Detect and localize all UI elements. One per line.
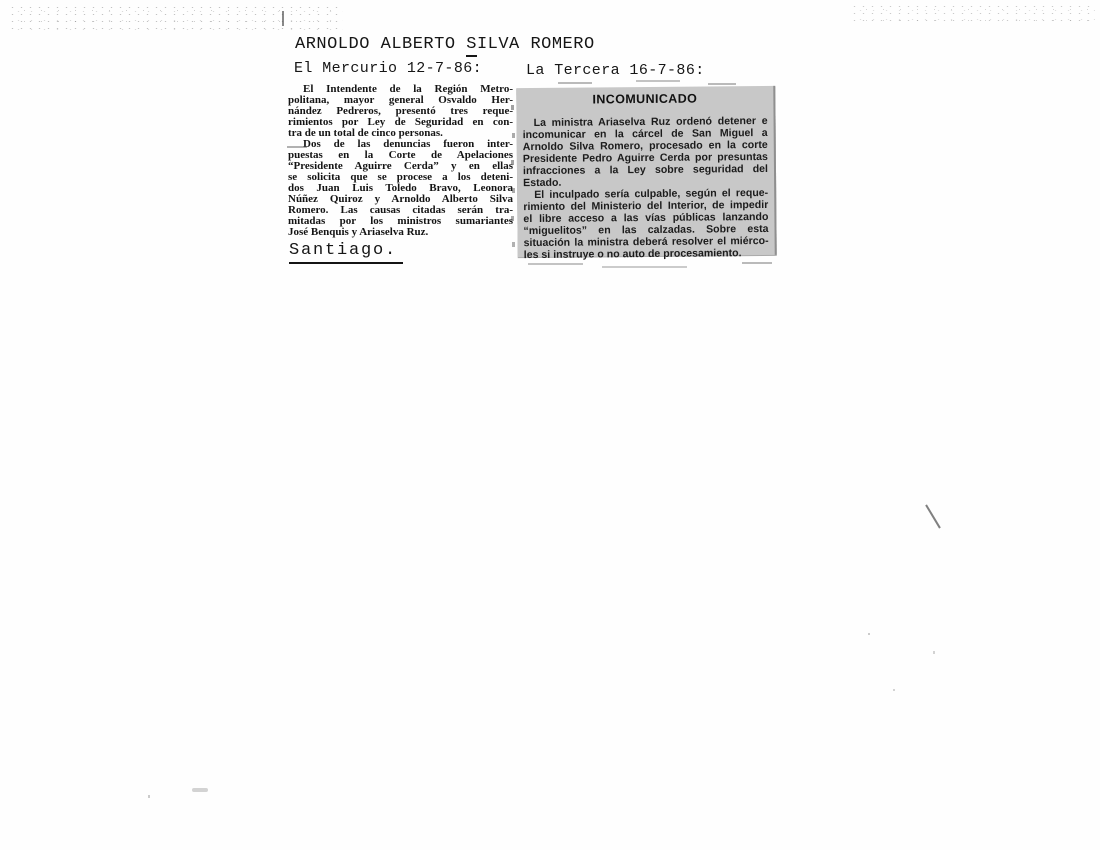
clipping-line: politana, mayor general Osvaldo Her- <box>288 95 513 106</box>
scan-speck <box>192 788 208 792</box>
clipping-line: dos Juan Luis Toledo Bravo, Leonora <box>288 183 513 194</box>
clipping-body: La ministra Ariaselva Ruz ordenó detener… <box>517 115 775 261</box>
clipping-edge-dash <box>511 105 514 110</box>
clipping-edge-dash <box>558 82 592 84</box>
page-title: ARNOLDO ALBERTO SILVA ROMERO <box>295 35 595 54</box>
el-mercurio-clipping: El Intendente de la Región Metro-politan… <box>288 84 513 238</box>
clipping-edge-dash <box>636 80 680 82</box>
clipping-line: Núñez Quiroz y Arnoldo Alberto Silva <box>288 194 513 205</box>
clipping-line: rimientos por Ley de Seguridad en con- <box>288 117 513 128</box>
clipping-headline: INCOMUNICADO <box>516 91 773 107</box>
scan-speck <box>893 689 895 691</box>
clipping-edge-dash <box>602 266 687 268</box>
clipping-line: José Benquis y Ariaselva Ruz. <box>288 227 513 238</box>
clipping-line: Dos de las denuncias fueron inter- <box>288 139 513 150</box>
scan-speck <box>148 795 150 798</box>
clipping-line: nández Pedreros, presentó tres reque- <box>288 106 513 117</box>
clipping-edge-dash <box>528 263 583 265</box>
clipping-line: “Presidente Aguirre Cerda” y en ellas <box>288 161 513 172</box>
clipping-line: les si instruye o no auto de procesamien… <box>524 247 769 261</box>
scan-tick-mark <box>282 11 284 26</box>
clipping-paragraph: El Intendente de la Región Metro-politan… <box>288 84 513 139</box>
clipping-line: Romero. Las causas citadas serán tra- <box>288 205 513 216</box>
clipping-edge-dash <box>512 133 515 138</box>
clipping-edge-dash <box>511 216 514 221</box>
page-title-part1: ARNOLDO ALBERTO <box>295 35 466 54</box>
clipping-paragraph: El inculpado sería culpable, según el re… <box>523 187 769 261</box>
clipping-paragraph: Dos de las denuncias fueron inter-puesta… <box>288 139 513 238</box>
clipping-line: infracciones a la Ley sobre seguridad de… <box>523 163 768 177</box>
scan-speck <box>933 651 935 654</box>
source-label-el-mercurio: El Mercurio 12-7-86: <box>294 60 482 77</box>
scan-smudge-line <box>287 146 307 148</box>
scan-noise-top-right <box>850 3 1095 27</box>
page-title-underlined-letter: S <box>466 35 477 57</box>
scan-noise-top-left <box>8 4 343 32</box>
clipping-line: tra de un total de cinco personas. <box>288 128 513 139</box>
clipping-line: puestas en la Corte de Apelaciones <box>288 150 513 161</box>
source-label-la-tercera: La Tercera 16-7-86: <box>526 62 705 79</box>
clipping-edge-dash <box>512 242 515 247</box>
clipping-line: se solicita que se procese a los deteni- <box>288 172 513 183</box>
clipping-line: El Intendente de la Región Metro- <box>288 84 513 95</box>
clipping-line: mitadas por los ministros sumariantes <box>288 216 513 227</box>
page-title-part2: ILVA ROMERO <box>477 35 595 54</box>
city-stamp: Santiago. <box>289 241 403 264</box>
la-tercera-clipping: INCOMUNICADO La ministra Ariaselva Ruz o… <box>516 86 776 257</box>
clipping-paragraph: La ministra Ariaselva Ruz ordenó detener… <box>523 115 769 189</box>
scanned-document-page: ARNOLDO ALBERTO SILVA ROMERO El Mercurio… <box>0 0 1100 850</box>
clipping-edge-dash <box>742 262 772 264</box>
clipping-edge-dash <box>511 160 514 165</box>
clipping-edge-dash <box>708 83 736 85</box>
clipping-edge-dash <box>512 188 515 193</box>
scan-speck <box>868 633 870 635</box>
diagonal-scratch-mark <box>925 504 941 528</box>
